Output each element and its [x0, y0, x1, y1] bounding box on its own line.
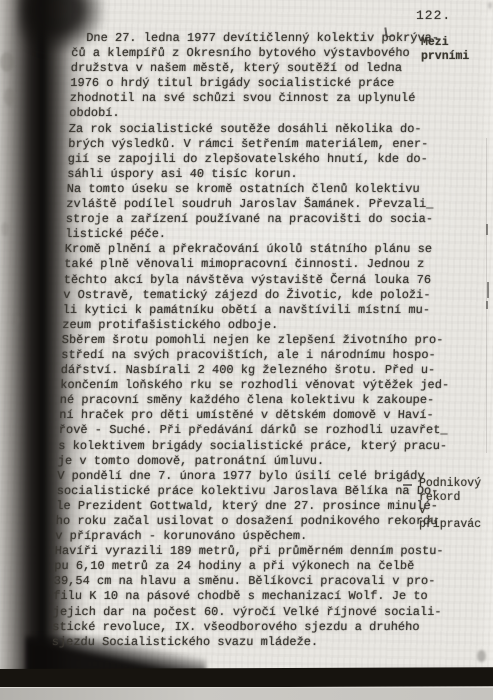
text-line: ní hraček pro děti umístěné v dětském do… — [59, 408, 480, 423]
text-line: stické revoluce, IX. všeodborového sjezd… — [52, 620, 473, 635]
text-line: zhodnotil na své schůzi svou činnost za … — [69, 91, 490, 106]
text-line: Za rok socialistické soutěže dosáhli něk… — [68, 122, 489, 137]
page-number: 122. — [416, 8, 451, 23]
scan-bottom-bar — [0, 667, 493, 688]
text-line: socialistické práce kolektivu Jaroslava … — [56, 484, 477, 499]
text-line: Sběrem šrotu pomohli nejen ke zlepšení ž… — [61, 333, 482, 348]
text-line: Kromě plnění a překračování úkolů státní… — [64, 242, 485, 257]
text-line: také plně věnovali mimopracovní činnosti… — [64, 257, 485, 272]
scan-smudge — [13, 315, 20, 326]
scanned-document-page: 122. Mezi prvními Podnikový rekord v pří… — [0, 0, 493, 700]
text-line: družstva v našem městě, který soutěží od… — [70, 61, 491, 76]
text-line: dářství. Nasbírali 2 400 kg železného šr… — [60, 363, 481, 378]
text-line: s kolektivem brigády socialistické práce… — [58, 439, 479, 454]
text-line: pu 6,10 metrů za 24 hodiny a při výkonec… — [54, 559, 475, 574]
text-line: stroje a zařízení používané na pracovišt… — [65, 212, 486, 227]
stray-mark — [486, 301, 488, 309]
scan-smudge — [488, 2, 492, 9]
text-line: zvláště podílel soudruh Jaroslav Šamánek… — [66, 197, 487, 212]
text-line: V pondělí dne 7. února 1977 bylo úsilí c… — [57, 469, 478, 484]
text-line: filu K 10 na pásové chodbě s mechanizací… — [53, 589, 474, 604]
text-line: 1976 o hrdý titul brigády socialistické … — [70, 76, 491, 91]
scan-smudge — [477, 650, 486, 662]
stray-mark — [486, 224, 488, 235]
text-line: jejich dar na počest 60. výročí Velké ří… — [52, 605, 473, 620]
text-line: v Ostravě, tematický zájezd do Životic, … — [63, 288, 484, 303]
text-line: né pracovní směny každého člena kolektiv… — [59, 393, 480, 408]
text-line: ho roku začal usilovat o dosažení podnik… — [55, 514, 476, 529]
text-line: období. — [69, 106, 490, 121]
text-line: řově - Suché. Při předávání dárků se roz… — [58, 423, 479, 438]
body-text: Dne 27. ledna 1977 devítičlenný kolektiv… — [51, 31, 492, 650]
text-line: Dne 27. ledna 1977 devítičlenný kolektiv… — [71, 31, 492, 46]
text-line: 39,54 cm na hlavu a směnu. Bělíkovci pra… — [53, 574, 474, 589]
text-line: středí na svých pracovištích, ale i náro… — [61, 348, 482, 363]
text-line: Havíři vyrazili 189 metrů, při průměrném… — [54, 544, 475, 559]
text-line: je v tomto domově, patronátní úmluvu. — [57, 454, 478, 469]
text-line: le Prezident Gottwald, který dne 27. pro… — [56, 499, 477, 514]
text-line: zeum protifašistického odboje. — [62, 318, 483, 333]
text-line: sáhli úspory asi 40 tisíc korun. — [67, 167, 488, 182]
scan-smudge — [0, 52, 14, 72]
text-line: Na tomto úseku se kromě ostatních členů … — [66, 182, 487, 197]
stray-mark — [487, 282, 489, 298]
text-line: končením loňského rku se rozhodli věnova… — [60, 378, 481, 393]
text-line: čů a klempířů z Okresního bytového výsta… — [71, 46, 492, 61]
text-line: li kytici k památníku obětí a navštívili… — [62, 303, 483, 318]
text-line: sjezdu Socialistického svazu mládeže. — [51, 635, 472, 650]
text-line: listické péče. — [65, 227, 486, 242]
scan-bottom-edge — [0, 687, 493, 700]
text-line: brých výsledků. V rámci šetřením materiá… — [68, 137, 489, 152]
text-line: v přípravách - korunováno úspěchem. — [55, 529, 476, 544]
scan-smudge — [1, 222, 9, 236]
scan-smudge — [4, 88, 15, 106]
text-line: gií se zapojili do zlepšovatelského hnut… — [67, 152, 488, 167]
text-line: těchto akcí byla návštěva výstaviště Čer… — [63, 273, 484, 288]
